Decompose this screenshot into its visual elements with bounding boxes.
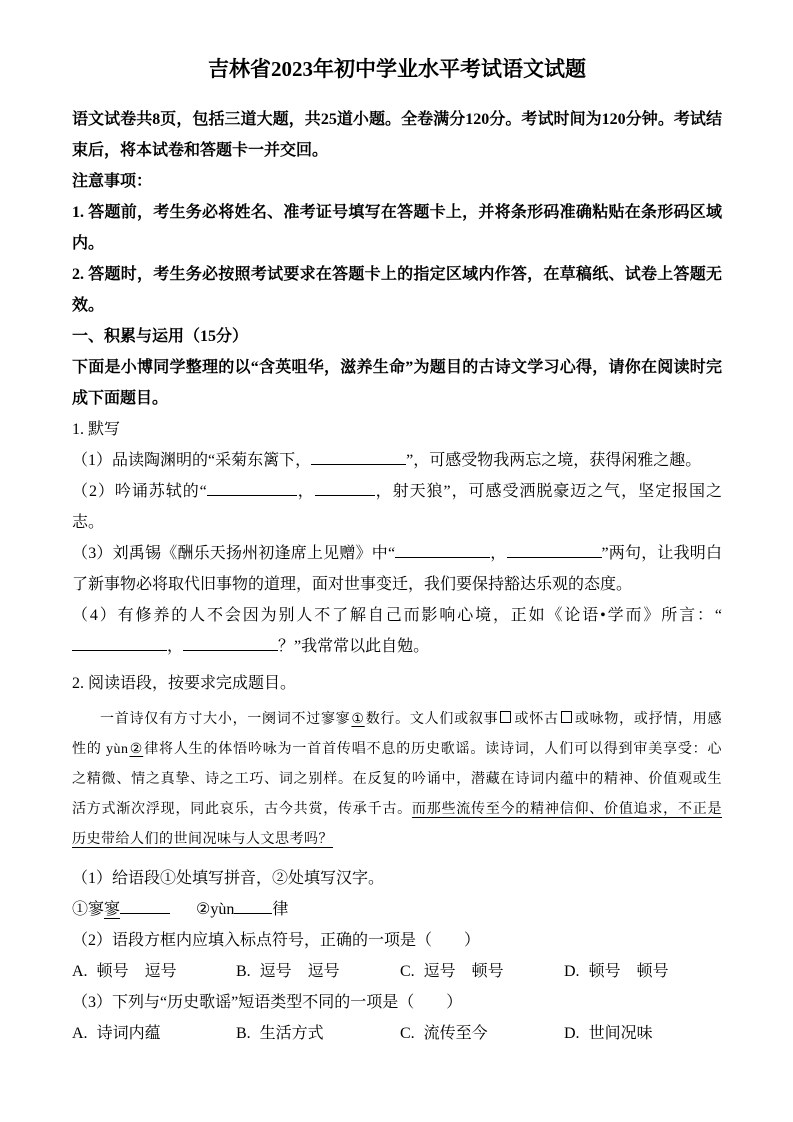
q2-sub3-options: A.诗词内蕴 B.生活方式 C.流传至今 D.世间况味 [72, 1018, 722, 1049]
option-d-label: D. [564, 963, 580, 980]
q1-item-1-post: ”，可感受物我两忘之境，获得闲雅之趣。 [406, 452, 701, 469]
option-b-text: 逗号 逗号 [260, 963, 340, 980]
option-b: B.逗号 逗号 [236, 956, 400, 987]
q2-heading: 2. 阅读语段，按要求完成题目。 [72, 668, 722, 699]
option-b: B.生活方式 [236, 1018, 400, 1049]
option-c-text: 逗号 顿号 [424, 963, 504, 980]
circled-number-1: ① [350, 712, 365, 727]
q1-item-3-pre: （3）刘禹锡《酬乐天扬州初逢席上见赠》中“ [72, 545, 395, 562]
fill-in-blank [395, 541, 490, 558]
q1-item-4: （4）有修养的人不会因为别人不了解自己而影响心境，正如《论语•学而》所言：“，？… [72, 600, 722, 662]
option-d: D.世间况味 [564, 1018, 653, 1049]
q1-item-2-mid: ， [297, 483, 315, 500]
notice-heading: 注意事项： [72, 166, 722, 197]
q2-sub1-fill-line: ①寥寥②yùn律 [72, 894, 722, 925]
fill-in-blank [72, 634, 167, 651]
fill-in-blank [120, 897, 170, 914]
option-d-text: 世间况味 [589, 1025, 653, 1042]
option-b-text: 生活方式 [260, 1025, 324, 1042]
q1-heading: 1. 默写 [72, 414, 722, 445]
option-b-label: B. [236, 1025, 251, 1042]
fill-in-blank [315, 479, 375, 496]
passage-text-1: 一首诗仅有方寸大小，一阕词不过寥寥 [100, 712, 350, 727]
fill-in-blank [234, 897, 272, 914]
q1-item-3-mid: ， [490, 545, 506, 562]
fill2-pre: ②yùn [196, 901, 234, 918]
option-d-text: 顿号 顿号 [589, 963, 669, 980]
exam-paper-page: 吉林省2023年初中学业水平考试语文试题 语文试卷共8页，包括三道大题，共25道… [0, 0, 793, 1122]
option-d-label: D. [564, 1025, 580, 1042]
q1-item-2: （2）吟诵苏轼的“，，射天狼”，可感受洒脱豪迈之气，坚定报国之志。 [72, 476, 722, 538]
q2-sub1-prompt: （1）给语段①处填写拼音，②处填写汉字。 [72, 863, 722, 894]
option-a-text: 诗词内蕴 [97, 1025, 161, 1042]
option-c-text: 流传至今 [424, 1025, 488, 1042]
q1-item-3: （3）刘禹锡《酬乐天扬州初逢席上见赠》中“，”两句，让我明白了新事物必将取代旧事… [72, 538, 722, 600]
q1-item-1: （1）品读陶渊明的“采菊东篱下，”，可感受物我两忘之境，获得闲雅之趣。 [72, 445, 722, 476]
q2-sub2-prompt: （2）语段方框内应填入标点符号，正确的一项是（ ） [72, 925, 722, 956]
option-c-label: C. [400, 1025, 415, 1042]
q2-sub2-options: A.顿号 逗号 B.逗号 逗号 C.逗号 顿号 D.顿号 顿号 [72, 956, 722, 987]
option-c: C.流传至今 [400, 1018, 564, 1049]
option-d: D.顿号 顿号 [564, 956, 669, 987]
punctuation-box-2 [561, 711, 572, 723]
q1-item-4-mid: ， [167, 638, 183, 655]
q1-item-4-pre: （4）有修养的人不会因为别人不了解自己而影响心境，正如《论语•学而》所言：“ [72, 607, 722, 624]
fill2-group: ②yùn律 [196, 901, 288, 918]
reading-passage: 一首诗仅有方寸大小，一阕词不过寥寥①数行。文人们或叙事或怀古或咏物，或抒情，用感… [72, 705, 722, 855]
fill-in-blank [183, 634, 278, 651]
q1-item-4-post: ？”我常常以此自勉。 [278, 638, 429, 655]
fill-in-blank [507, 541, 602, 558]
q2-sub3-prompt: （3）下列与“历史歌谣”短语类型不同的一项是（ ） [72, 987, 722, 1018]
fill-in-blank [207, 479, 297, 496]
exam-intro: 语文试卷共8页，包括三道大题，共25道小题。全卷满分120分。考试时间为120分… [72, 104, 722, 166]
notice-item-2: 2. 答题时，考生务必按照考试要求在答题卡上的指定区域内作答，在草稿纸、试卷上答… [72, 259, 722, 321]
punctuation-box-1 [500, 711, 511, 723]
fill-in-blank [311, 448, 406, 465]
option-c: C.逗号 顿号 [400, 956, 564, 987]
option-a-label: A. [72, 963, 88, 980]
fill1-pre: ①寥 [72, 901, 104, 918]
option-a-label: A. [72, 1025, 88, 1042]
fill1-underlined-char: 寥 [104, 901, 120, 918]
q1-item-2-pre: （2）吟诵苏轼的“ [72, 483, 207, 500]
q1-item-1-pre: （1）品读陶渊明的“采菊东篱下， [72, 452, 311, 469]
page-title: 吉林省2023年初中学业水平考试语文试题 [72, 54, 722, 84]
passage-text-2: 数行。文人们或叙事 [366, 712, 499, 727]
option-a: A.诗词内蕴 [72, 1018, 236, 1049]
option-b-label: B. [236, 963, 251, 980]
notice-item-1: 1. 答题前，考生务必将姓名、准考证号填写在答题卡上，并将条形码准确粘贴在条形码… [72, 197, 722, 259]
circled-number-2: ② [128, 742, 144, 757]
option-a-text: 顿号 逗号 [97, 963, 177, 980]
option-c-label: C. [400, 963, 415, 980]
section-1-heading: 一、积累与运用（15分） [72, 321, 722, 352]
section-1-lead: 下面是小博同学整理的以“含英咀华，滋养生命”为题目的古诗文学习心得，请你在阅读时… [72, 352, 722, 414]
passage-text-3: 或怀古 [514, 712, 558, 727]
option-a: A.顿号 逗号 [72, 956, 236, 987]
fill2-suffix: 律 [272, 901, 288, 918]
